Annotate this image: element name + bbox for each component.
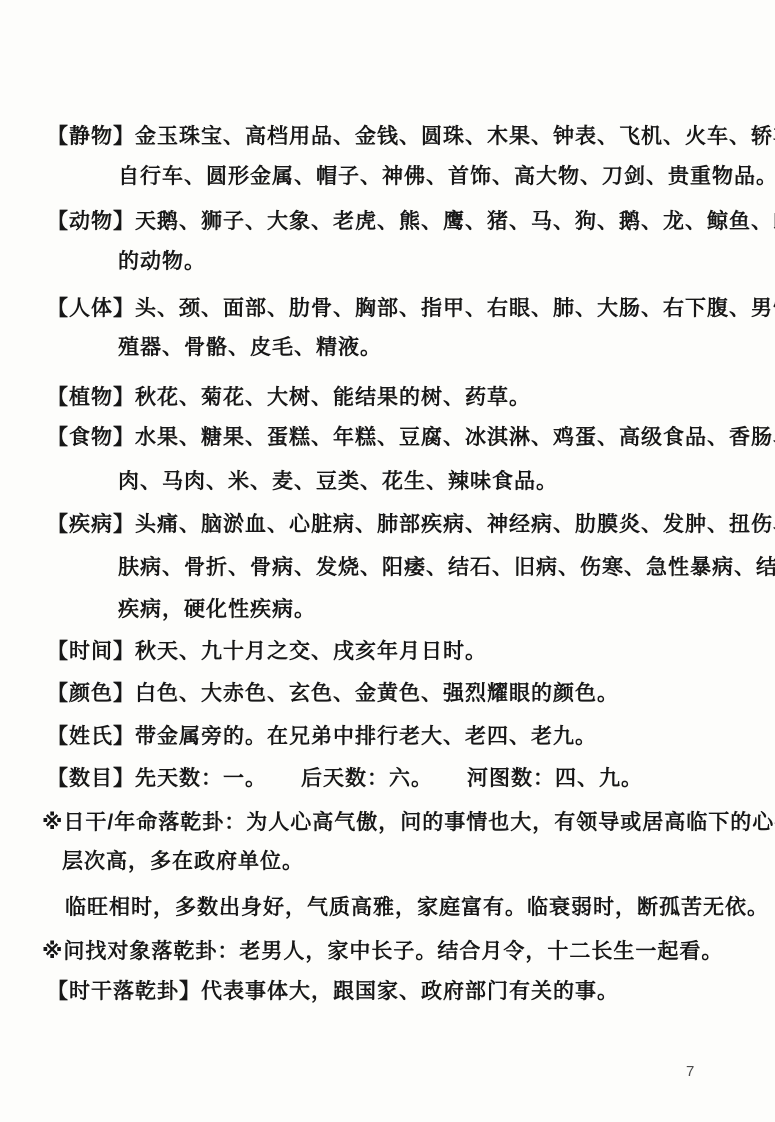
page-number: 7 <box>686 1062 694 1082</box>
section-surnames-text-1: 带金属旁的。在兄弟中排行老大、老四、老九。 <box>135 725 597 748</box>
note-day-stem-line-1: ※日干/年命落乾卦：为人心高气傲，问的事情也大，有领导或居高临下的心态， <box>42 802 775 844</box>
scanned-document-page: 【静物】金玉珠宝、高档用品、金钱、圆珠、木果、钟表、飞机、火车、轿车、 自行车、… <box>0 0 775 1122</box>
innate-number-text: 先天数：一。 <box>135 767 267 790</box>
acquired-number-text: 后天数：六。 <box>301 767 433 790</box>
section-time-label: 【时间】 <box>47 640 135 663</box>
river-chart-number-text: 河图数：四、九。 <box>467 767 643 790</box>
section-still-objects-line-1: 【静物】金玉珠宝、高档用品、金钱、圆珠、木果、钟表、飞机、火车、轿车、 <box>47 116 775 158</box>
section-animals-text-1: 天鹅、狮子、大象、老虎、熊、鹰、猪、马、狗、鹅、龙、鲸鱼、凶猛 <box>135 210 775 233</box>
section-colors-label: 【颜色】 <box>47 682 135 705</box>
section-food-text-1: 水果、糖果、蛋糕、年糕、豆腐、冰淇淋、鸡蛋、高级食品、香肠、干 <box>135 426 775 449</box>
section-hour-stem-line-1: 【时干落乾卦】代表事体大，跟国家、政府部门有关的事。 <box>47 971 619 1013</box>
section-plants-line-1: 【植物】秋花、菊花、大树、能结果的树、药草。 <box>47 377 531 419</box>
section-food-label: 【食物】 <box>47 426 135 449</box>
section-human-body-line-1: 【人体】头、颈、面部、肋骨、胸部、指甲、右眼、肺、大肠、右下腹、男性生 <box>47 288 775 330</box>
section-plants-label: 【植物】 <box>47 386 135 409</box>
section-time-text-1: 秋天、九十月之交、戌亥年月日时。 <box>135 640 487 663</box>
section-plants-text-1: 秋花、菊花、大树、能结果的树、药草。 <box>135 386 531 409</box>
section-food-line-1: 【食物】水果、糖果、蛋糕、年糕、豆腐、冰淇淋、鸡蛋、高级食品、香肠、干 <box>47 417 775 459</box>
section-numbers-line-1: 【数目】先天数：一。后天数：六。河图数：四、九。 <box>47 758 643 800</box>
section-human-body-label: 【人体】 <box>47 297 135 320</box>
section-surnames-label: 【姓氏】 <box>47 725 135 748</box>
section-still-objects-label: 【静物】 <box>47 125 135 148</box>
section-animals-label: 【动物】 <box>47 210 135 233</box>
note-prosperity-line-1: 临旺相时，多数出身好，气质高雅，家庭富有。临衰弱时，断孤苦无依。 <box>65 887 769 929</box>
note-seek-partner-line-1: ※问找对象落乾卦：老男人，家中长子。结合月令，十二长生一起看。 <box>42 931 723 973</box>
section-human-body-line-2: 殖器、骨骼、皮毛、精液。 <box>118 327 382 369</box>
section-diseases-line-2: 肤病、骨折、骨病、发烧、阳痿、结石、旧病、伤寒、急性暴病、结肠 <box>118 547 775 589</box>
section-animals-line-2: 的动物。 <box>118 241 206 283</box>
section-colors-text-1: 白色、大赤色、玄色、金黄色、强烈耀眼的颜色。 <box>135 682 619 705</box>
section-still-objects-line-2: 自行车、圆形金属、帽子、神佛、首饰、高大物、刀剑、贵重物品。 <box>118 156 775 198</box>
section-still-objects-text-1: 金玉珠宝、高档用品、金钱、圆珠、木果、钟表、飞机、火车、轿车、 <box>135 125 775 148</box>
section-diseases-label: 【疾病】 <box>47 513 135 536</box>
section-diseases-line-3: 疾病，硬化性疾病。 <box>118 589 316 631</box>
note-day-stem-line-2: 层次高，多在政府单位。 <box>62 841 304 883</box>
section-food-line-2: 肉、马肉、米、麦、豆类、花生、辣味食品。 <box>118 461 558 503</box>
section-diseases-line-1: 【疾病】头痛、脑淤血、心脏病、肺部疾病、神经病、肋膜炎、发肿、扭伤、皮 <box>47 504 775 546</box>
section-colors-line-1: 【颜色】白色、大赤色、玄色、金黄色、强烈耀眼的颜色。 <box>47 673 619 715</box>
section-time-line-1: 【时间】秋天、九十月之交、戌亥年月日时。 <box>47 631 487 673</box>
section-hour-stem-label: 【时干落乾卦】 <box>47 980 201 1003</box>
section-animals-line-1: 【动物】天鹅、狮子、大象、老虎、熊、鹰、猪、马、狗、鹅、龙、鲸鱼、凶猛 <box>47 201 775 243</box>
section-human-body-text-1: 头、颈、面部、肋骨、胸部、指甲、右眼、肺、大肠、右下腹、男性生 <box>135 297 775 320</box>
section-diseases-text-1: 头痛、脑淤血、心脏病、肺部疾病、神经病、肋膜炎、发肿、扭伤、皮 <box>135 513 775 536</box>
section-hour-stem-text-1: 代表事体大，跟国家、政府部门有关的事。 <box>201 980 619 1003</box>
section-numbers-label: 【数目】 <box>47 767 135 790</box>
section-surnames-line-1: 【姓氏】带金属旁的。在兄弟中排行老大、老四、老九。 <box>47 716 597 758</box>
